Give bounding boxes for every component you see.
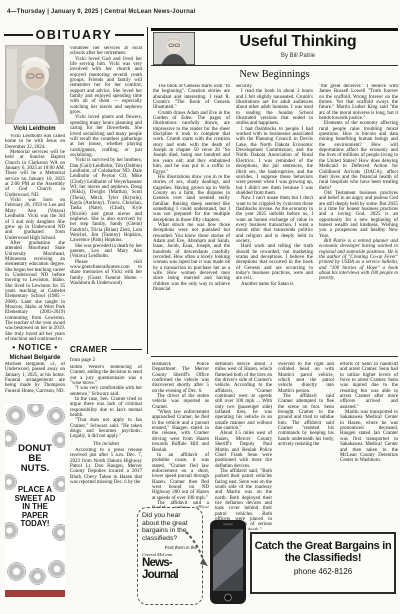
donut-house-ad: DONUT BE NUTS. PLACE A SWEET AD IN THE P… [5, 404, 65, 599]
cramer-subhead-incident: The incident [70, 441, 142, 447]
obituary-section-title: OBITUARY [36, 28, 113, 42]
smartphone-graphic [184, 518, 248, 606]
cramer-jump-title: CRAMER [70, 345, 108, 354]
catch-ad-line2: the Classifieds! [252, 553, 394, 565]
cramer-text-column-b: Bismarck Police Department. The Mercer C… [152, 362, 209, 508]
donut-icon [6, 406, 25, 425]
catch-ad-phone: phone 462-8126 [252, 567, 394, 576]
cramer-text-column-e: efforts of Senn to handcuff and arrest C… [340, 362, 398, 530]
columnist-portrait-photo [153, 32, 195, 65]
catch-ad-line1: Catch the Great Bargains in [252, 541, 394, 553]
useful-thinking-headline: New Beginnings [151, 69, 398, 80]
cramer-text-column-d: swerved to the right and collided head o… [278, 362, 334, 528]
column-divider-rule [147, 27, 148, 354]
useful-thinking-divider-rule [151, 65, 398, 66]
dashed-arrow-icon [186, 532, 204, 562]
catch-bargains-ad: Catch the Great Bargains in the Classifi… [250, 532, 396, 594]
obituary-photo-caption: Vicki Leidholm [5, 126, 64, 132]
useful-thinking-column-2: security.I read the book in about 3 hour… [236, 84, 313, 354]
donut-ad-color-bar [5, 590, 65, 597]
donut-icon [7, 562, 26, 581]
cramer-text-column-c: deflation device about 3 miles west of H… [215, 362, 272, 530]
notice-section-title: • NOTICE • [5, 343, 65, 352]
cramer-jump-header: CRAMER [70, 345, 142, 354]
useful-thinking-title: Useful Thinking [200, 33, 396, 51]
header-rule-left [4, 34, 33, 36]
notice-name: Michael Belgarde [5, 354, 65, 361]
obituary-section-header: OBITUARY [4, 28, 144, 42]
cramer-text-column-a: Bobbi Weiler's sentencing of Cramer, add… [70, 365, 142, 507]
obituary-text-column-1: Vicki Leidholm was called home to be wit… [5, 134, 65, 340]
newspaper-page: 4—Thursday | January 9, 2025 | Central M… [0, 0, 400, 614]
notice-text: Michael Belgarde, 51, of Underwood, pass… [5, 362, 65, 402]
donut-ad-headline: DONUT BE NUTS. [13, 444, 57, 474]
useful-thinking-byline: By Bill Patrie [200, 53, 396, 59]
section-separator-rule [151, 356, 398, 357]
cramer-continued-from: from page 2 [70, 357, 142, 363]
useful-thinking-top-rule [151, 28, 398, 31]
obituary-text-column-2: volunteer her services at local schools … [70, 46, 142, 342]
donut-ad-subline: PLACE A SWEET AD IN THE PAPER TODAY! [14, 486, 56, 529]
header-rule-right [115, 34, 144, 36]
donut-icon [48, 560, 65, 578]
obituary-portrait-photo [5, 45, 64, 124]
donut-icon [29, 568, 46, 585]
columnist-bio: Bill Patrie is a retired planner and eco… [319, 239, 398, 282]
masthead: 4—Thursday | January 9, 2025 | Central M… [7, 9, 195, 15]
useful-thinking-column-1: The book of Genesis starts with "In the … [153, 84, 230, 354]
cramer-header-rule [111, 349, 142, 350]
donut-icon [27, 404, 44, 417]
donut-icon [47, 407, 65, 425]
useful-thinking-column-3: "the great deceiver." I believe with Jam… [319, 84, 398, 354]
